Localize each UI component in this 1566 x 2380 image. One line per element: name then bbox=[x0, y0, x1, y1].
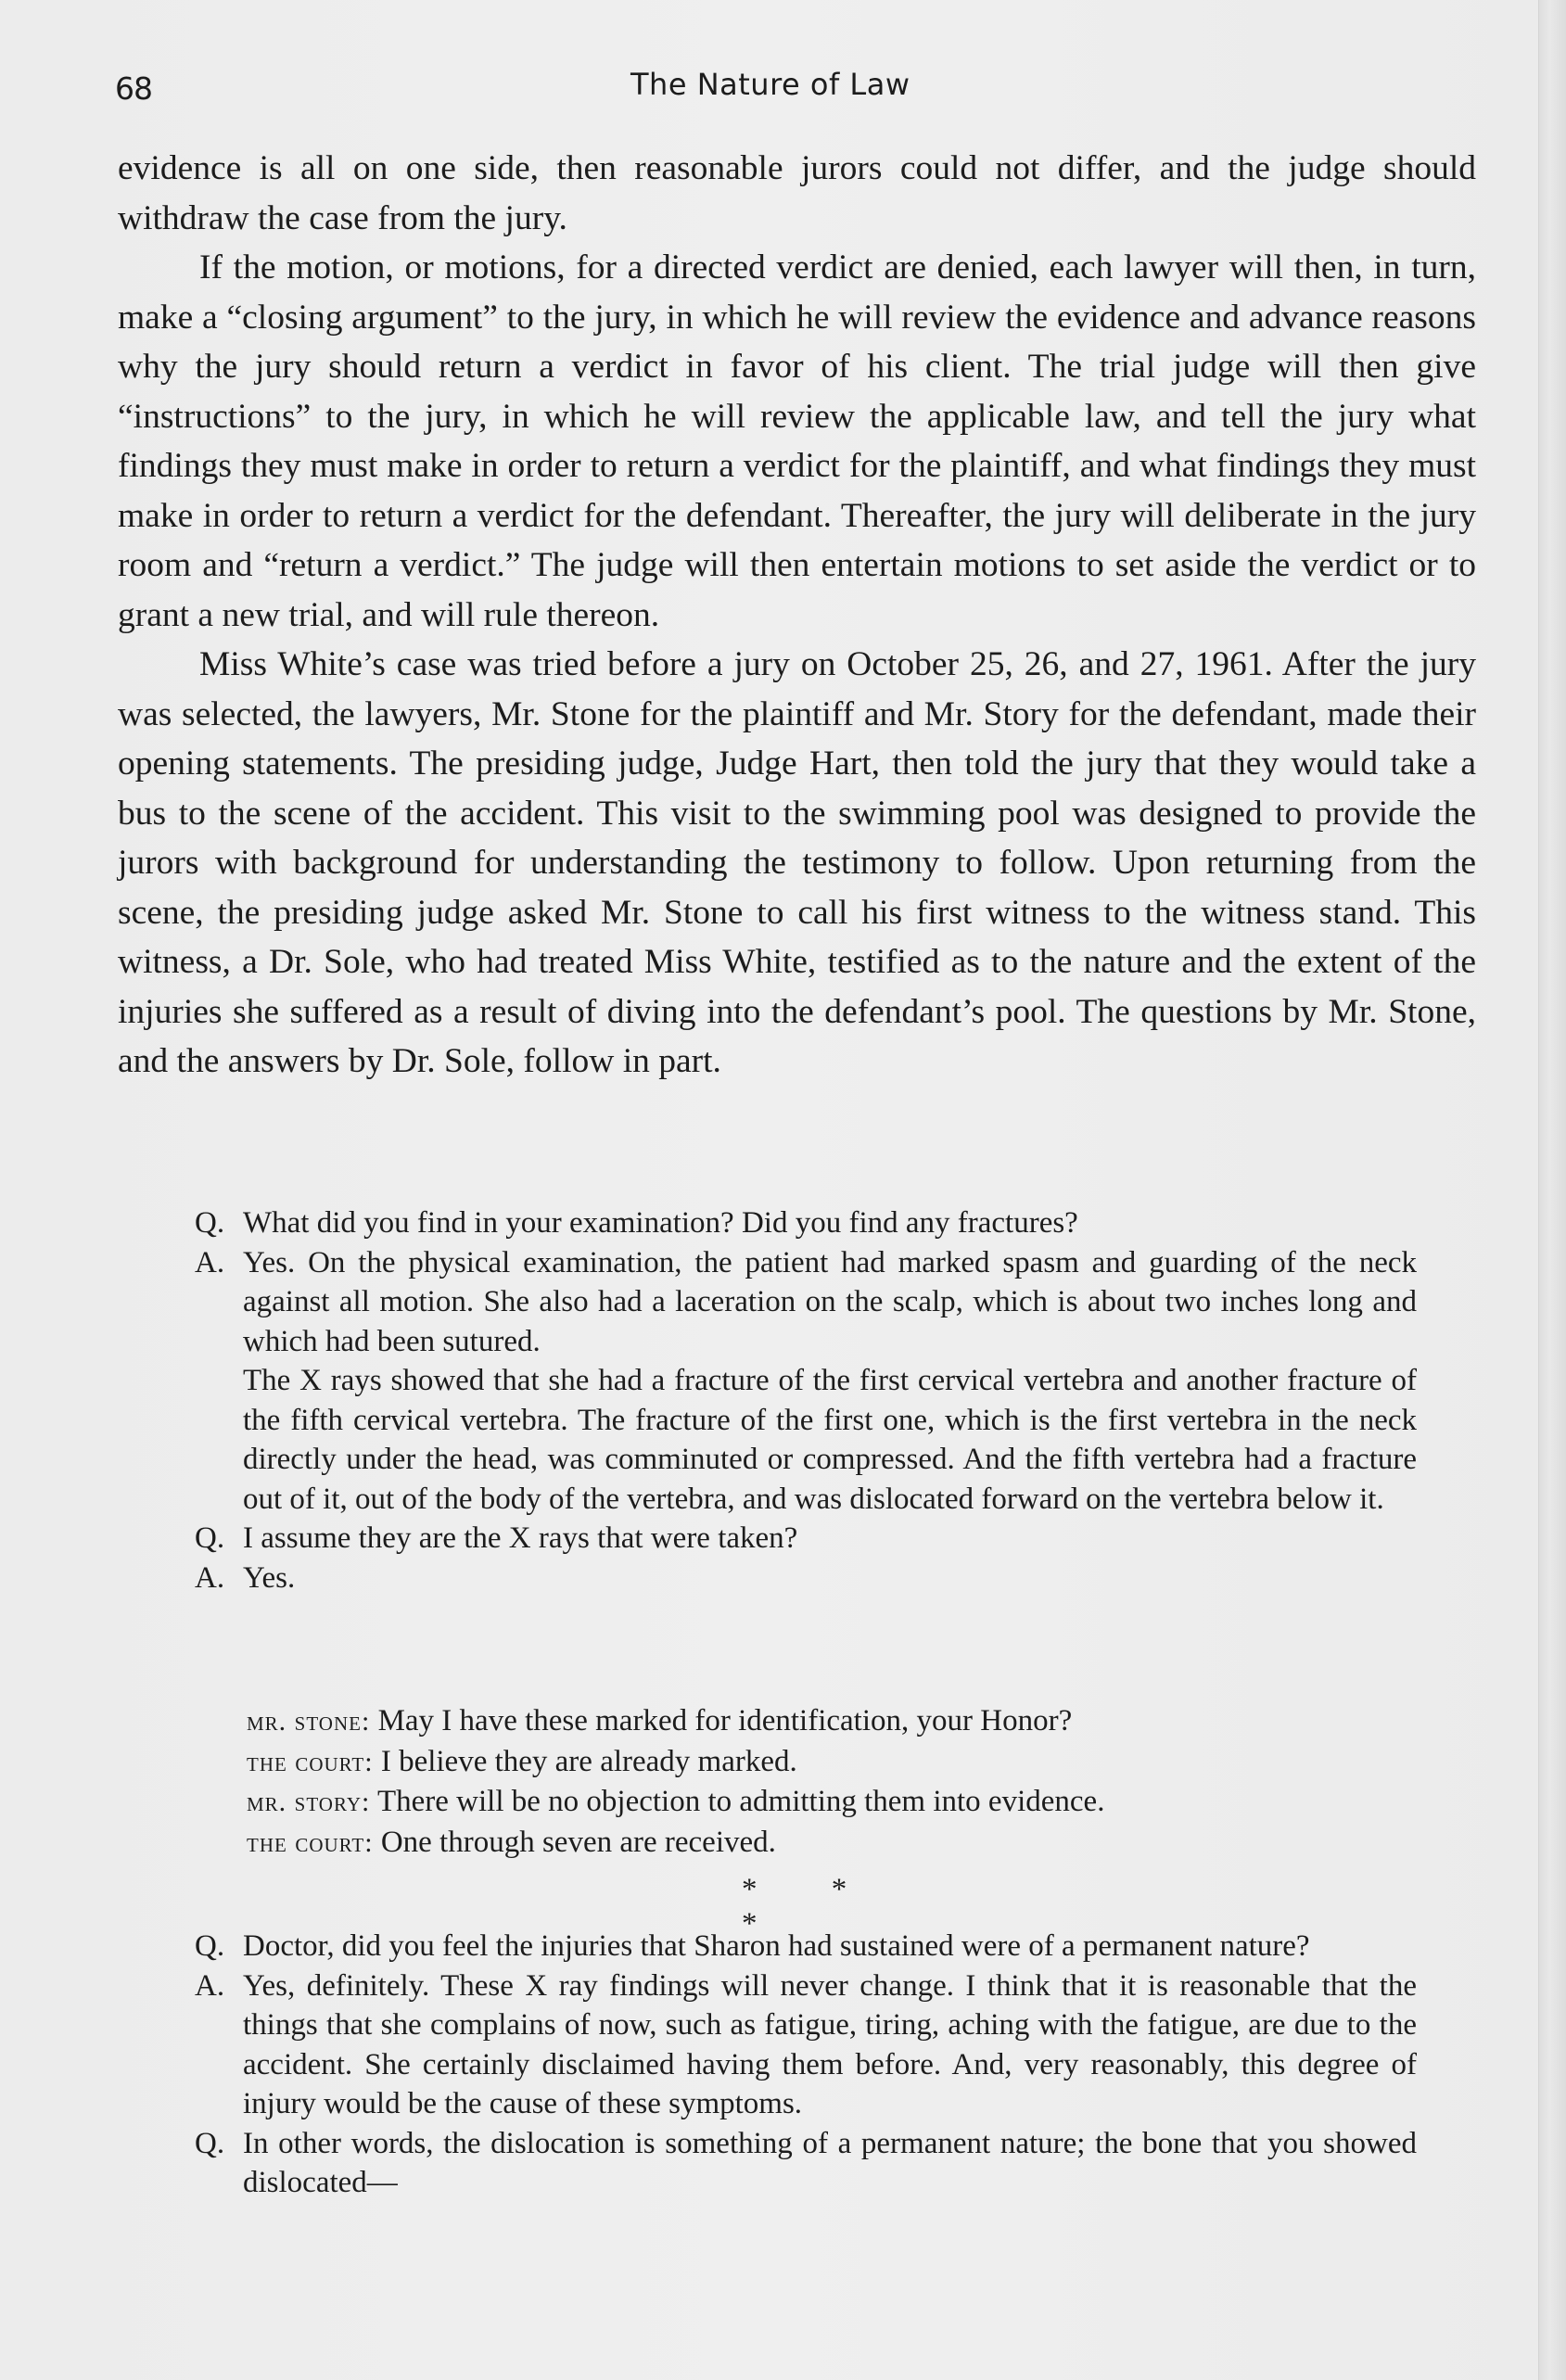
page-number: 68 bbox=[115, 70, 152, 107]
colloquy-line: MR. STORY: There will be no objection to… bbox=[247, 1782, 1452, 1823]
testimony-block-2: Q. Doctor, did you feel the injuries tha… bbox=[195, 1927, 1417, 2203]
answer-continuation: The X rays showed that she had a fractur… bbox=[243, 1361, 1417, 1519]
body-text: evidence is all on one side, then reason… bbox=[118, 144, 1476, 1087]
page-edge bbox=[1538, 0, 1566, 2380]
colloquy-line: THE COURT: I believe they are already ma… bbox=[247, 1742, 1452, 1783]
courtroom-colloquy: MR. STONE: May I have these marked for i… bbox=[247, 1701, 1452, 1863]
question-text: Doctor, did you feel the injuries that S… bbox=[243, 1929, 1310, 1963]
speaker-name: MR. STONE: bbox=[247, 1706, 370, 1737]
question-label: Q. bbox=[195, 1203, 224, 1243]
book-page: 68 The Nature of Law evidence is all on … bbox=[0, 0, 1539, 2380]
colloquy-text: One through seven are received. bbox=[381, 1826, 776, 1859]
answer-label: A. bbox=[195, 1243, 224, 1283]
colloquy-text: May I have these marked for identificati… bbox=[378, 1704, 1073, 1737]
question-text: What did you find in your examination? D… bbox=[243, 1206, 1078, 1240]
question-label: Q. bbox=[195, 1519, 224, 1559]
question-item: Q. In other words, the dislocation is so… bbox=[195, 2124, 1417, 2203]
paragraph-miss-white-case: Miss White’s case was tried before a jur… bbox=[118, 640, 1476, 1087]
question-item: Q. Doctor, did you feel the injuries tha… bbox=[195, 1927, 1417, 1966]
answer-text: Yes. On the physical examination, the pa… bbox=[243, 1243, 1417, 1362]
question-text: In other words, the dislocation is somet… bbox=[243, 2127, 1417, 2200]
answer-item: A. Yes, definitely. These X ray findings… bbox=[195, 1966, 1417, 2124]
question-label: Q. bbox=[195, 2124, 224, 2164]
colloquy-line: THE COURT: One through seven are receive… bbox=[247, 1823, 1452, 1864]
question-item: Q. What did you find in your examination… bbox=[195, 1203, 1417, 1243]
answer-label: A. bbox=[195, 1966, 224, 2006]
speaker-name: THE COURT: bbox=[247, 1827, 374, 1858]
answer-text: Yes, definitely. These X ray findings wi… bbox=[243, 1969, 1417, 2121]
paragraph-closing-argument: If the motion, or motions, for a directe… bbox=[118, 243, 1476, 640]
colloquy-text: There will be no objection to admitting … bbox=[377, 1785, 1104, 1818]
question-text: I assume they are the X rays that were t… bbox=[243, 1521, 797, 1555]
speaker-name: THE COURT: bbox=[247, 1747, 374, 1777]
paragraph-continued: evidence is all on one side, then reason… bbox=[118, 144, 1476, 243]
colloquy-line: MR. STONE: May I have these marked for i… bbox=[247, 1701, 1452, 1742]
running-head: 68 The Nature of Law bbox=[115, 65, 1478, 111]
answer-text: Yes. bbox=[243, 1561, 295, 1595]
running-title: The Nature of Law bbox=[630, 67, 910, 102]
question-item: Q. I assume they are the X rays that wer… bbox=[195, 1519, 1417, 1559]
answer-item: A. Yes. bbox=[195, 1559, 1417, 1598]
answer-item: A. Yes. On the physical examination, the… bbox=[195, 1243, 1417, 1520]
colloquy-text: I believe they are already marked. bbox=[381, 1745, 797, 1778]
question-label: Q. bbox=[195, 1927, 224, 1966]
answer-label: A. bbox=[195, 1559, 224, 1598]
speaker-name: MR. STORY: bbox=[247, 1787, 370, 1817]
testimony-block-1: Q. What did you find in your examination… bbox=[195, 1203, 1417, 1597]
